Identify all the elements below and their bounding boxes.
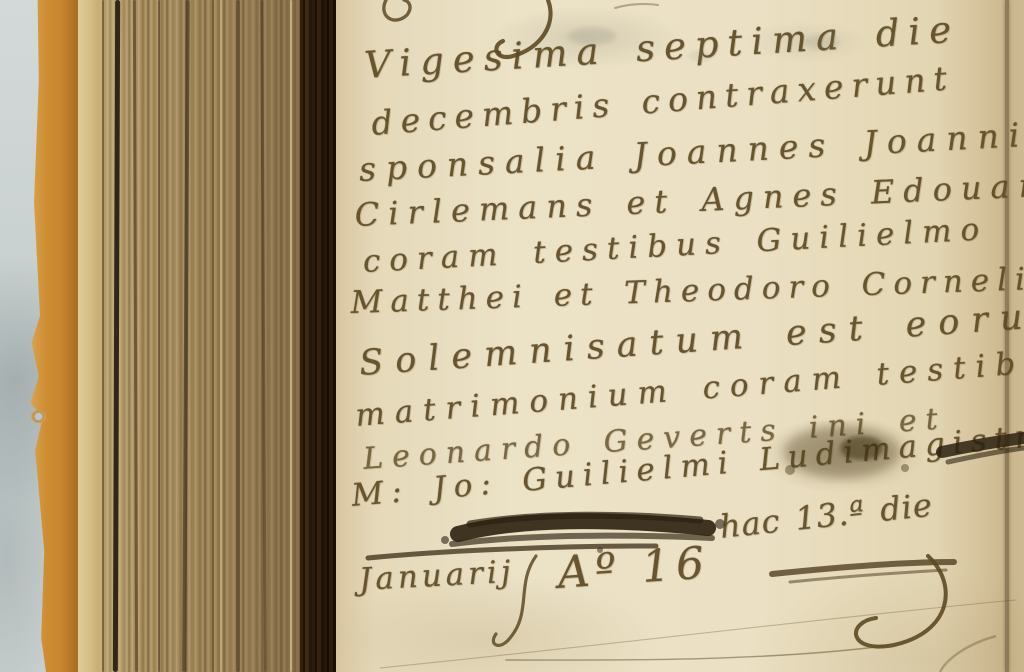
fiber-streak xyxy=(212,0,214,672)
cover-tear-hole xyxy=(31,410,46,423)
manuscript-line: Aº 16 xyxy=(556,537,712,599)
fiber-streak xyxy=(220,0,222,672)
fiber-streak xyxy=(182,0,190,672)
fiber-streak xyxy=(102,0,104,672)
fiber-streak xyxy=(158,0,160,672)
manuscript-photo: Vigesima septima die decembris contraxer… xyxy=(0,0,1024,672)
fiber-streak xyxy=(290,0,292,672)
page-gutter-band xyxy=(300,0,338,672)
fiber-streak xyxy=(133,0,138,672)
fiber-streak xyxy=(236,0,240,672)
fiber-streak xyxy=(113,0,120,672)
fiber-streak xyxy=(260,0,267,672)
